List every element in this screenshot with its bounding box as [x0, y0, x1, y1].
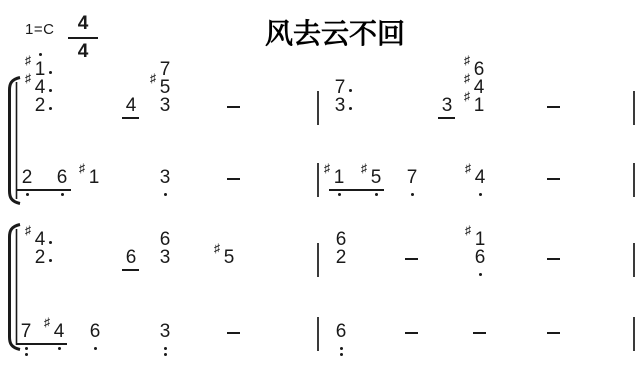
- rest-dash: [473, 332, 486, 335]
- octave-down-dot: [164, 193, 167, 196]
- note-6: 6: [334, 321, 348, 343]
- note-4: 4♯: [52, 321, 66, 343]
- time-signature-denominator: 4: [66, 40, 100, 64]
- sharp-accidental: ♯: [25, 54, 31, 66]
- sharp-accidental: ♯: [465, 162, 471, 174]
- sharp-accidental: ♯: [214, 242, 220, 254]
- duration-dot: [349, 107, 352, 110]
- time-signature: 4 4: [66, 12, 100, 64]
- sharp-accidental: ♯: [324, 162, 330, 174]
- eighth-underline: [122, 269, 139, 271]
- barline: [633, 243, 635, 277]
- rest-dash: [547, 332, 560, 335]
- note-3: 3: [440, 95, 454, 117]
- system-bracket: [4, 76, 26, 205]
- sharp-accidental: ♯: [464, 54, 470, 66]
- note-6: 6: [88, 321, 102, 343]
- note-3: 3: [158, 167, 172, 189]
- barline: [633, 91, 635, 125]
- rest-dash: [405, 258, 418, 261]
- barline: [317, 163, 319, 197]
- octave-down-dot: [94, 347, 97, 350]
- eighth-underline: [122, 117, 139, 119]
- sharp-accidental: ♯: [465, 224, 471, 236]
- barline: [633, 163, 635, 197]
- note-6: 6: [158, 229, 172, 251]
- sharp-accidental: ♯: [464, 72, 470, 84]
- duration-dot: [49, 71, 52, 74]
- duration-dot: [49, 107, 52, 110]
- barline: [317, 317, 319, 351]
- note-4: 4: [124, 95, 138, 117]
- note-6: 6: [124, 247, 138, 269]
- octave-down-dot: [338, 193, 341, 196]
- octave-down-dot: [164, 347, 167, 350]
- duration-dot: [49, 259, 52, 262]
- octave-down-dot: [58, 347, 61, 350]
- octave-down-dot: [479, 273, 482, 276]
- rest-dash: [227, 178, 240, 181]
- sharp-accidental: ♯: [79, 162, 85, 174]
- barline: [633, 317, 635, 351]
- rest-dash: [547, 106, 560, 109]
- rest-dash: [227, 332, 240, 335]
- note-1: 1♯: [87, 167, 101, 189]
- duration-dot: [49, 241, 52, 244]
- note-1: 1♯: [473, 229, 487, 251]
- octave-down-dot: [340, 347, 343, 350]
- sharp-accidental: ♯: [464, 90, 470, 102]
- rest-dash: [547, 178, 560, 181]
- time-signature-numerator: 4: [66, 12, 100, 36]
- octave-down-dot: [340, 353, 343, 356]
- beam-underline: [329, 189, 384, 191]
- key-signature: 1=C: [25, 21, 54, 38]
- system-bracket: [4, 223, 26, 351]
- time-signature-fraction-bar: [68, 37, 98, 39]
- duration-dot: [349, 89, 352, 92]
- octave-up-dot: [39, 53, 42, 56]
- note-5: 5♯: [222, 247, 236, 269]
- note-5: 5♯: [369, 167, 383, 189]
- score-title: 风去云不回: [205, 12, 465, 52]
- note-6: 6♯: [472, 59, 486, 81]
- rest-dash: [547, 258, 560, 261]
- sharp-accidental: ♯: [44, 316, 50, 328]
- score-page: 1=C 4 4 风去云不回 24♯1♯435♯73731♯4♯6♯261♯31♯…: [0, 0, 639, 366]
- note-1: 1♯: [33, 59, 47, 81]
- note-4: 4♯: [33, 229, 47, 251]
- note-4: 4♯: [473, 167, 487, 189]
- duration-dot: [49, 89, 52, 92]
- rest-dash: [405, 332, 418, 335]
- barline: [317, 91, 319, 125]
- note-7: 7: [158, 59, 172, 81]
- octave-down-dot: [479, 193, 482, 196]
- note-6: 6: [55, 167, 69, 189]
- note-6: 6: [334, 229, 348, 251]
- note-7: 7: [405, 167, 419, 189]
- octave-down-dot: [375, 193, 378, 196]
- note-7: 7: [333, 77, 347, 99]
- octave-down-dot: [164, 353, 167, 356]
- octave-down-dot: [25, 353, 28, 356]
- eighth-underline: [438, 117, 455, 119]
- note-3: 3: [158, 321, 172, 343]
- note-1: 1♯: [332, 167, 346, 189]
- octave-down-dot: [61, 193, 64, 196]
- rest-dash: [227, 106, 240, 109]
- octave-down-dot: [411, 193, 414, 196]
- sharp-accidental: ♯: [150, 72, 156, 84]
- sharp-accidental: ♯: [361, 162, 367, 174]
- barline: [317, 243, 319, 277]
